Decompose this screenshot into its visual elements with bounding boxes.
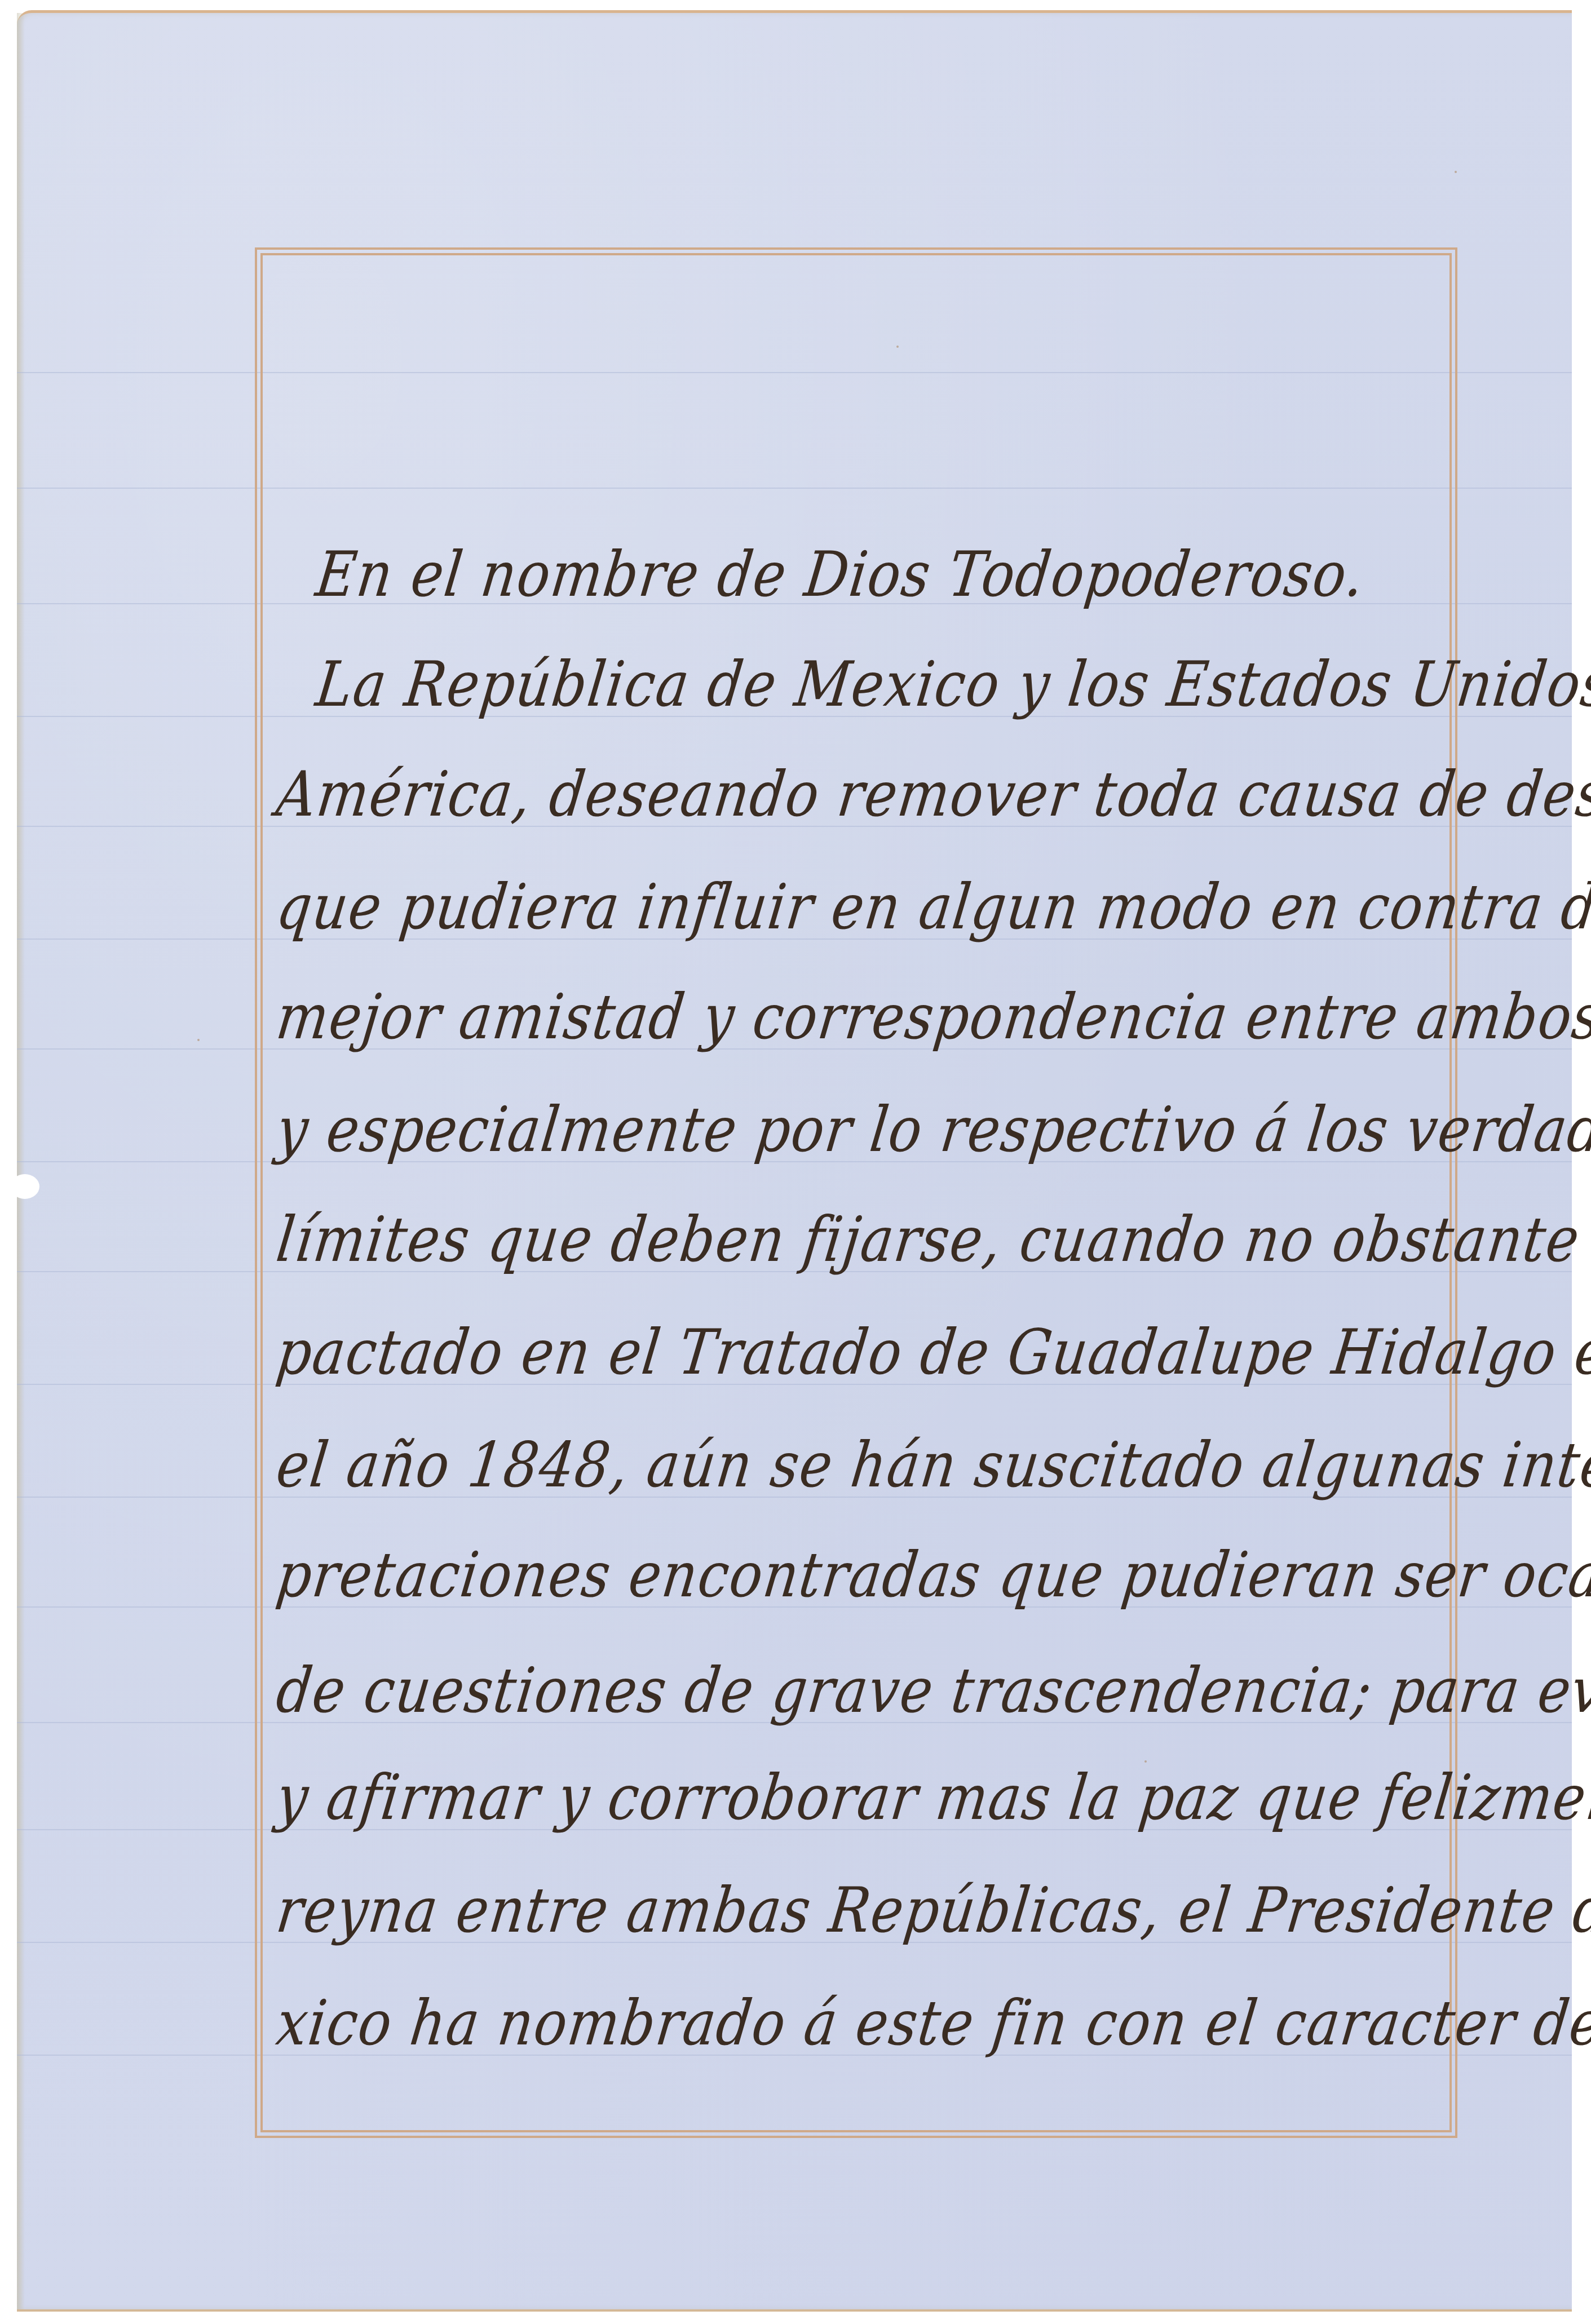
paper-speck <box>1455 171 1457 173</box>
text-line: y afirmar y corroborar mas la paz que fe… <box>273 1767 1591 1829</box>
text-line: pactado en el Tratado de Guadalupe Hidal… <box>273 1321 1591 1383</box>
text-line: América, deseando remover toda causa de … <box>273 763 1591 825</box>
text-line: La República de Mexico y los Estados Uni… <box>313 653 1591 715</box>
text-line: el año 1848, aún se hán suscitado alguna… <box>273 1434 1591 1496</box>
document-page: En el nombre de Dios Todopoderoso. La Re… <box>17 10 1572 2312</box>
text-line: reyna entre ambas Repúblicas, el Preside… <box>273 1879 1591 1941</box>
text-line: pretaciones encontradas que pudieran ser… <box>273 1544 1591 1606</box>
paper-speck <box>197 1039 200 1041</box>
text-line: y especialmente por lo respectivo á los … <box>273 1099 1591 1161</box>
text-line: que pudiera influir en algun modo en con… <box>273 876 1591 938</box>
text-line: de cuestiones de grave trascendencia; pa… <box>273 1659 1591 1721</box>
text-line: xico ha nombrado á este fin con el carac… <box>273 1992 1591 2054</box>
paper-speck <box>896 346 899 348</box>
hole-punch-notch <box>10 1174 39 1199</box>
page-border-inner <box>260 253 1452 2132</box>
heading-line: En el nombre de Dios Todopoderoso. <box>313 543 1368 605</box>
text-line: mejor amistad y correspondencia entre am… <box>273 986 1591 1048</box>
text-line: límites que deben fijarse, cuando no obs… <box>273 1209 1591 1271</box>
